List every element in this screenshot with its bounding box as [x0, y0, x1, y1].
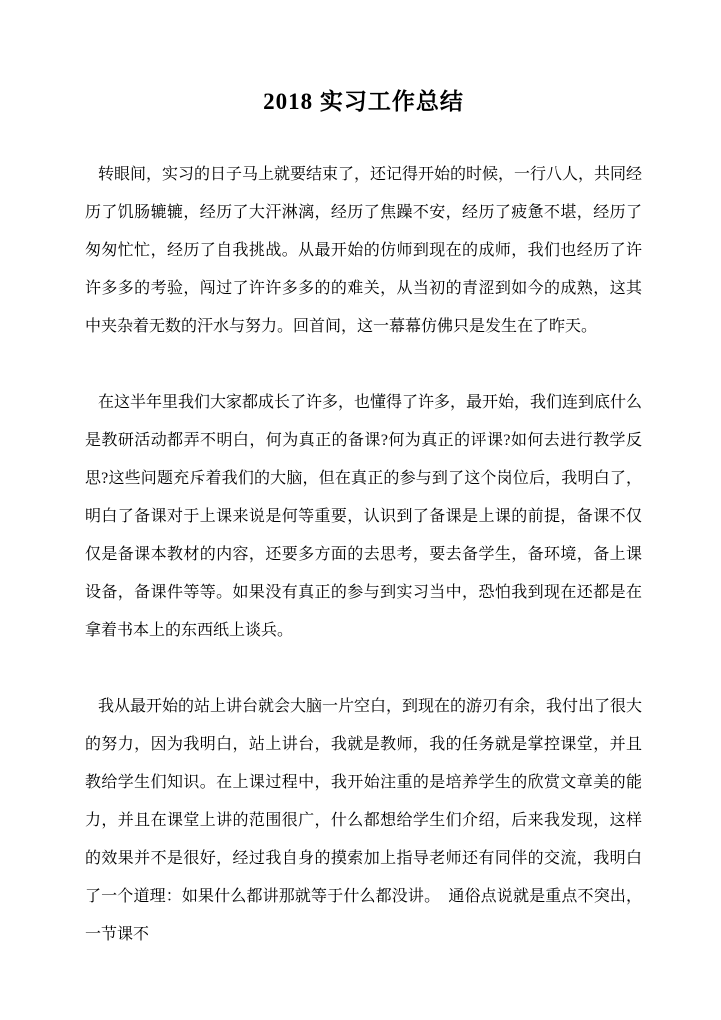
- paragraph-intro: 转眼间，实习的日子马上就要结束了，还记得开始的时候，一行八人，共同经历了饥肠辘辘…: [85, 156, 642, 346]
- document-page: 2018 实习工作总结 转眼间，实习的日子马上就要结束了，还记得开始的时候，一行…: [0, 0, 721, 1020]
- paragraph-growth: 在这半年里我们大家都成长了许多，也懂得了许多，最开始，我们连到底什么是教研活动都…: [85, 384, 642, 650]
- paragraph-teaching: 我从最开始的站上讲台就会大脑一片空白，到现在的游刃有余，我付出了很大的努力，因为…: [85, 688, 642, 954]
- document-title: 2018 实习工作总结: [85, 85, 642, 119]
